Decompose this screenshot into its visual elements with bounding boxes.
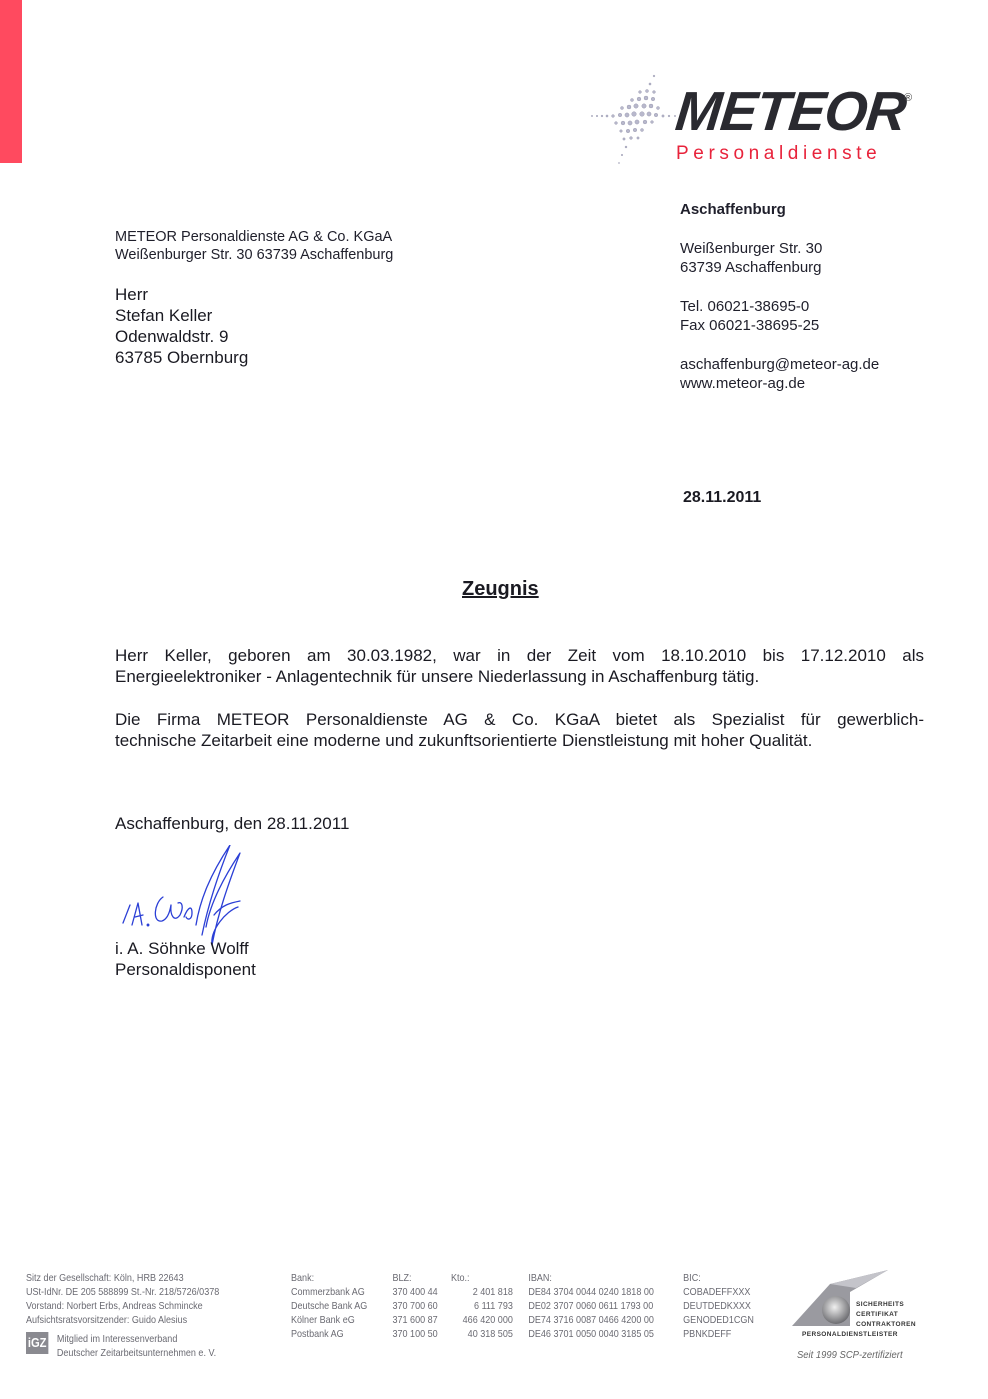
paragraph-line: Herr Keller, geboren am 30.03.1982, war … — [115, 645, 924, 666]
branch-title: Aschaffenburg — [680, 200, 879, 220]
bank-account: 2 401 818 — [451, 1285, 528, 1299]
scp-label: Sicherheits Certifikat Contraktoren — [856, 1300, 916, 1330]
bank-row: Commerzbank AG 370 400 44 2 401 818 DE84… — [291, 1285, 769, 1299]
bank-account: 6 111 793 — [451, 1299, 528, 1313]
bank-bic: GENODED1CGN — [683, 1313, 769, 1327]
header-iban: IBAN: — [528, 1271, 683, 1285]
legal-line: Sitz der Gesellschaft: Köln, HRB 22643 — [26, 1271, 219, 1285]
bank-account: 40 318 505 — [451, 1327, 528, 1341]
legal-line: Aufsichtsratsvorsitzender: Guido Alesius — [26, 1313, 219, 1327]
sender-return-address: METEOR Personaldienste AG & Co. KGaA Wei… — [115, 228, 393, 264]
bank-row: Deutsche Bank AG 370 700 60 6 111 793 DE… — [291, 1299, 769, 1313]
branch-contact: Aschaffenburg Weißenburger Str. 30 63739… — [680, 200, 879, 394]
scp-since-text: Seit 1999 SCP-zertifiziert — [797, 1349, 903, 1361]
bank-iban: DE74 3716 0087 0466 4200 00 — [528, 1313, 683, 1327]
sender-company: METEOR Personaldienste AG & Co. KGaA — [115, 228, 393, 246]
registered-mark: ® — [904, 92, 912, 104]
letter-body: Herr Keller, geboren am 30.03.1982, war … — [115, 645, 924, 773]
bank-iban: DE02 3707 0060 0611 1793 00 — [528, 1299, 683, 1313]
logo-subtitle: Personaldienste — [676, 144, 881, 163]
scp-personaldienstleister: Personaldienstleister — [802, 1331, 898, 1338]
scp-line: Sicherheits — [856, 1300, 916, 1310]
meteor-logo: METEOR ® Personaldienste — [588, 68, 918, 168]
bank-row: Postbank AG 370 100 50 40 318 505 DE46 3… — [291, 1327, 769, 1341]
signer-role: Personaldisponent — [115, 959, 256, 980]
recipient-city: 63785 Obernburg — [115, 347, 248, 368]
bank-name: Commerzbank AG — [291, 1285, 392, 1299]
signer-block: i. A. Söhnke Wolff Personaldisponent — [115, 938, 256, 980]
bank-bic: PBNKDEFF — [683, 1327, 769, 1341]
recipient-salutation: Herr — [115, 284, 248, 305]
legal-line: USt-IdNr. DE 205 588899 St.-Nr. 218/5726… — [26, 1285, 219, 1299]
document-title: Zeugnis — [462, 578, 539, 601]
bank-name: Deutsche Bank AG — [291, 1299, 392, 1313]
scp-line: Certifikat — [856, 1310, 916, 1320]
paragraph-line: technische Zeitarbeit eine moderne und z… — [115, 731, 812, 750]
branch-website[interactable]: www.meteor-ag.de — [680, 374, 879, 394]
paragraph-line: Energieelektroniker - Anlagentechnik für… — [115, 667, 759, 686]
bank-blz: 370 700 60 — [392, 1299, 450, 1313]
header-kto: Kto.: — [451, 1271, 528, 1285]
paragraph-line: Die Firma METEOR Personaldienste AG & Co… — [115, 709, 924, 730]
igz-line: Deutscher Zeitarbeitsunternehmen e. V. — [57, 1346, 216, 1360]
bank-iban: DE46 3701 0050 0040 3185 05 — [528, 1327, 683, 1341]
bank-blz: 371 600 87 — [392, 1313, 450, 1327]
header-bic: BIC: — [683, 1271, 769, 1285]
paragraph-company: Die Firma METEOR Personaldienste AG & Co… — [115, 709, 924, 751]
recipient-address: Herr Stefan Keller Odenwaldstr. 9 63785 … — [115, 284, 248, 368]
branch-fax: Fax 06021-38695-25 — [680, 316, 879, 336]
letter-date: 28.11.2011 — [683, 489, 761, 507]
logo-wordmark: METEOR — [673, 84, 908, 139]
branch-street: Weißenburger Str. 30 — [680, 239, 879, 259]
sender-address: Weißenburger Str. 30 63739 Aschaffenburg — [115, 246, 393, 264]
recipient-street: Odenwaldstr. 9 — [115, 326, 248, 347]
igz-line: Mitglied im Interessenverband — [57, 1332, 216, 1346]
bank-name: Postbank AG — [291, 1327, 392, 1341]
paragraph-employment: Herr Keller, geboren am 30.03.1982, war … — [115, 645, 924, 687]
recipient-name: Stefan Keller — [115, 305, 248, 326]
bank-header-row: Bank: BLZ: Kto.: IBAN: BIC: — [291, 1271, 769, 1285]
branch-tel: Tel. 06021-38695-0 — [680, 297, 879, 317]
igz-logo-icon: iGZ — [26, 1332, 48, 1354]
legal-line: Vorstand: Norbert Erbs, Andreas Schminck… — [26, 1299, 219, 1313]
bank-blz: 370 100 50 — [392, 1327, 450, 1341]
bank-row: Kölner Bank eG 371 600 87 466 420 000 DE… — [291, 1313, 769, 1327]
signer-name: i. A. Söhnke Wolff — [115, 938, 256, 959]
bank-name: Kölner Bank eG — [291, 1313, 392, 1327]
bank-blz: 370 400 44 — [392, 1285, 450, 1299]
company-legal-info: Sitz der Gesellschaft: Köln, HRB 22643 U… — [26, 1271, 219, 1327]
bank-iban: DE84 3704 0044 0240 1818 00 — [528, 1285, 683, 1299]
scp-line: Contraktoren — [856, 1320, 916, 1330]
bank-bic: DEUTDEDKXXX — [683, 1299, 769, 1313]
bank-bic: COBADEFFXXX — [683, 1285, 769, 1299]
place-and-date: Aschaffenburg, den 28.11.2011 — [115, 814, 349, 834]
branch-city: 63739 Aschaffenburg — [680, 258, 879, 278]
header-bank: Bank: — [291, 1271, 392, 1285]
branch-email[interactable]: aschaffenburg@meteor-ag.de — [680, 355, 879, 375]
igz-membership: iGZ Mitglied im Interessenverband Deutsc… — [26, 1332, 216, 1360]
bank-details: Bank: BLZ: Kto.: IBAN: BIC: Commerzbank … — [291, 1271, 769, 1341]
bank-account: 466 420 000 — [451, 1313, 528, 1327]
header-blz: BLZ: — [392, 1271, 450, 1285]
side-color-bar — [0, 0, 22, 163]
